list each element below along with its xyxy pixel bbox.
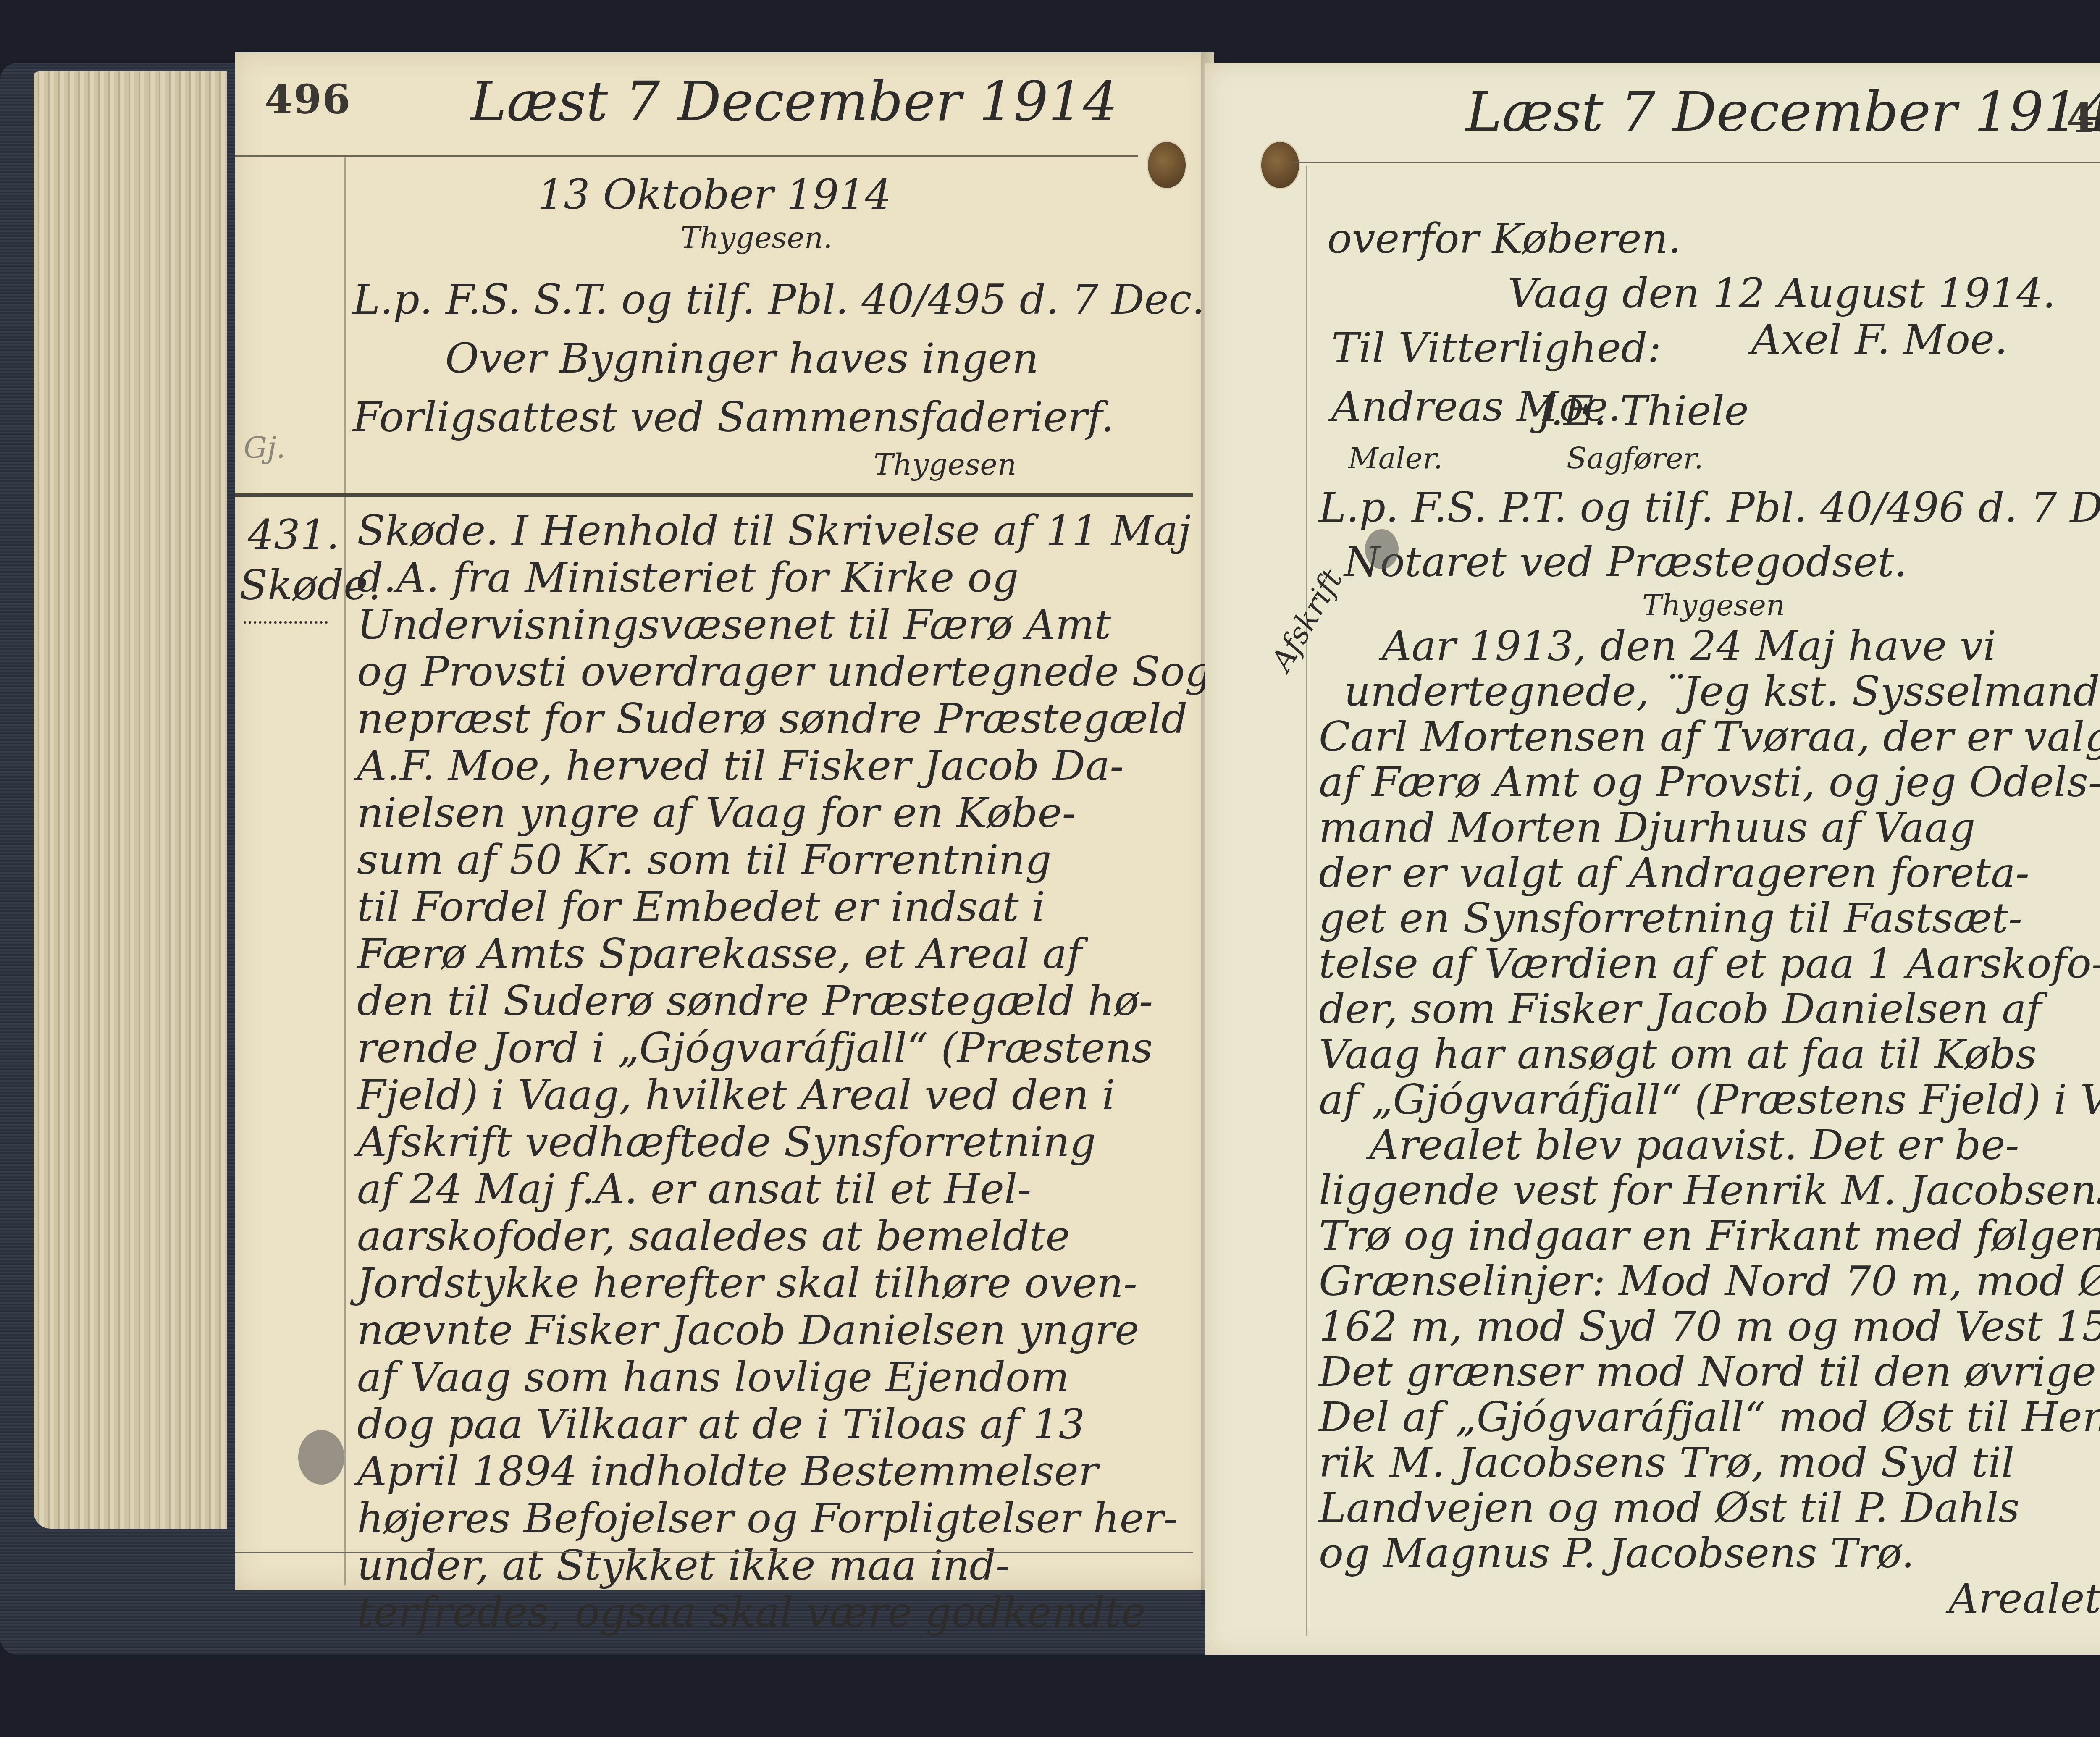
header-rule-right bbox=[1294, 162, 2100, 163]
note-signature: Thygesen bbox=[1642, 588, 1785, 622]
text-line: April 1894 indholdte Bestemmelser bbox=[357, 1451, 1197, 1498]
entry-top-line-2: Forligsattest ved Sammensfaderierf. bbox=[353, 397, 1114, 438]
text-line: dog paa Vilkaar at de i Tiloas af 13 bbox=[357, 1404, 1197, 1451]
text-line: Undervisningsvæsenet til Færø Amt bbox=[357, 604, 1197, 651]
text-line: overfor Køberen. bbox=[1327, 218, 1681, 260]
text-line: rik M. Jacobsens Trø, mod Syd til bbox=[1319, 1442, 2100, 1488]
text-line: Arealet blev paavist. Det er be- bbox=[1319, 1125, 2100, 1170]
text-line: Arealet bbox=[1319, 1578, 2100, 1624]
afskrift-body: Aar 1913, den 24 Maj have vi undertegned… bbox=[1319, 626, 2100, 1624]
margin-rule-left bbox=[344, 157, 346, 1585]
text-line: nepræst for Suderø søndre Præstegæld bbox=[357, 698, 1197, 745]
header-rule-left bbox=[235, 155, 1138, 157]
margin-underline bbox=[244, 615, 328, 624]
text-line: 162 m, mod Syd 70 m og mod Vest 153 m. bbox=[1319, 1306, 2100, 1351]
page-number-right: 497 bbox=[2066, 94, 2100, 142]
text-line: og Provsti overdrager undertegnede Sog- bbox=[357, 651, 1197, 698]
text-line: til Fordel for Embedet er indsat i bbox=[357, 887, 1197, 934]
text-line: Afskrift vedhæftede Synsforretning bbox=[357, 1122, 1197, 1169]
text-line: der er valgt af Andrageren foreta- bbox=[1319, 853, 2100, 898]
entry-top-line-1: Over Bygninger haves ingen bbox=[445, 338, 1039, 379]
right-page: Læst 7 December 1914 497 overfor Køberen… bbox=[1205, 63, 2100, 1655]
entry-signature: Thygesen. bbox=[680, 220, 832, 255]
text-line: Jordstykke herefter skal tilhøre oven- bbox=[357, 1263, 1197, 1310]
left-page: 496 Læst 7 December 1914 13 Oktober 1914… bbox=[235, 52, 1214, 1590]
note-line: Notaret ved Præstegodset. bbox=[1344, 542, 1907, 583]
text-line: Det grænser mod Nord til den øvrige bbox=[1319, 1351, 2100, 1397]
witness-1-title: Maler. bbox=[1348, 441, 1443, 475]
page-header-left: Læst 7 December 1914 bbox=[470, 69, 1118, 133]
entry-main-body: Skøde. I Henhold til Skrivelse af 11 Maj… bbox=[357, 510, 1197, 1639]
text-line: sum af 50 Kr. som til Forrentning bbox=[357, 840, 1197, 887]
text-line: Aar 1913, den 24 Maj have vi bbox=[1319, 626, 2100, 671]
text-line: Vaag har ansøgt om at faa til Købs bbox=[1319, 1034, 2100, 1079]
page-header-right: Læst 7 December 1914 bbox=[1466, 80, 2100, 144]
entry-separator bbox=[235, 493, 1193, 497]
text-line: nævnte Fisker Jacob Danielsen yngre bbox=[357, 1310, 1197, 1357]
text-line: d.A. fra Ministeriet for Kirke og bbox=[357, 557, 1197, 604]
ink-blot-right bbox=[1365, 529, 1399, 569]
text-line: højeres Befojelser og Forpligtelser her- bbox=[357, 1498, 1197, 1545]
text-line: rende Jord i „Gjógvaráfjall“ (Præstens bbox=[357, 1028, 1197, 1075]
text-line: Vaag den 12 August 1914. bbox=[1508, 273, 2055, 314]
text-line: af „Gjógvaráfjall“ (Præstens Fjeld) i Va… bbox=[1319, 1079, 2100, 1125]
signer-name: Axel F. Moe. bbox=[1751, 319, 2008, 360]
punch-hole-right bbox=[1260, 141, 1300, 189]
ink-blot-left bbox=[298, 1430, 344, 1485]
entry-top-initial: Thygesen bbox=[874, 447, 1016, 482]
text-line: Trø og indgaar en Firkant med følgende bbox=[1319, 1215, 2100, 1261]
text-line: Del af „Gjógvaráfjall“ mod Øst til Hen- bbox=[1319, 1397, 2100, 1442]
entry-number: 431. bbox=[248, 514, 339, 556]
text-line: af Vaag som hans lovlige Ejendom bbox=[357, 1357, 1197, 1404]
witness-label: Til Vitterlighed: bbox=[1331, 328, 1661, 369]
text-line: Skøde. I Henhold til Skrivelse af 11 Maj bbox=[357, 510, 1197, 557]
witness-2-name: J.E. Thiele bbox=[1537, 391, 1749, 432]
text-line: Grænselinjer: Mod Nord 70 m, mod Øst bbox=[1319, 1261, 2100, 1306]
punch-hole-left bbox=[1147, 141, 1187, 189]
reading-note-left: L.p. F.S. S.T. og tilf. Pbl. 40/495 d. 7… bbox=[353, 279, 1336, 320]
text-line: terfredes, ogsaa skal være godkendte bbox=[357, 1592, 1197, 1639]
text-line: den til Suderø søndre Præstegæld hø- bbox=[357, 981, 1197, 1028]
text-line: Landvejen og mod Øst til P. Dahls bbox=[1319, 1488, 2100, 1533]
text-line: Færø Amts Sparekasse, et Areal af bbox=[357, 934, 1197, 981]
text-line: af Færø Amt og Provsti, og jeg Odels- bbox=[1319, 762, 2100, 807]
text-line: aarskofoder, saaledes at bemeldte bbox=[357, 1216, 1197, 1263]
text-line: der, som Fisker Jacob Danielsen af bbox=[1319, 989, 2100, 1034]
text-line: get en Synsforretning til Fastsæt- bbox=[1319, 898, 2100, 943]
text-line: og Magnus P. Jacobsens Trø. bbox=[1319, 1533, 2100, 1578]
entry-date: 13 Oktober 1914 bbox=[538, 174, 891, 215]
text-line: Fjeld) i Vaag, hvilket Areal ved den i bbox=[357, 1075, 1197, 1122]
text-line: liggende vest for Henrik M. Jacobsens bbox=[1319, 1170, 2100, 1215]
reading-note-right: L.p. F.S. P.T. og tilf. Pbl. 40/496 d. 7… bbox=[1319, 487, 2100, 528]
text-line: mand Morten Djurhuus af Vaag bbox=[1319, 807, 2100, 853]
margin-note: Gj. bbox=[244, 430, 286, 465]
text-line: Carl Mortensen af Tvøraa, der er valgt bbox=[1319, 716, 2100, 762]
page-number-left: 496 bbox=[265, 76, 351, 123]
margin-rule-right bbox=[1306, 166, 1307, 1636]
text-line: undertegnede, ¨Jeg kst. Sysselmand bbox=[1319, 671, 2100, 716]
text-line: af 24 Maj f.A. er ansat til et Hel- bbox=[357, 1169, 1197, 1216]
bottom-rule-left bbox=[235, 1552, 1193, 1553]
text-line: nielsen yngre af Vaag for en Købe- bbox=[357, 792, 1197, 840]
left-page-stack-edge bbox=[34, 71, 227, 1529]
text-line: A.F. Moe, herved til Fisker Jacob Da- bbox=[357, 745, 1197, 792]
witness-2-title: Sagfører. bbox=[1567, 441, 1703, 475]
text-line: telse af Værdien af et paa 1 Aarskofo- bbox=[1319, 943, 2100, 989]
